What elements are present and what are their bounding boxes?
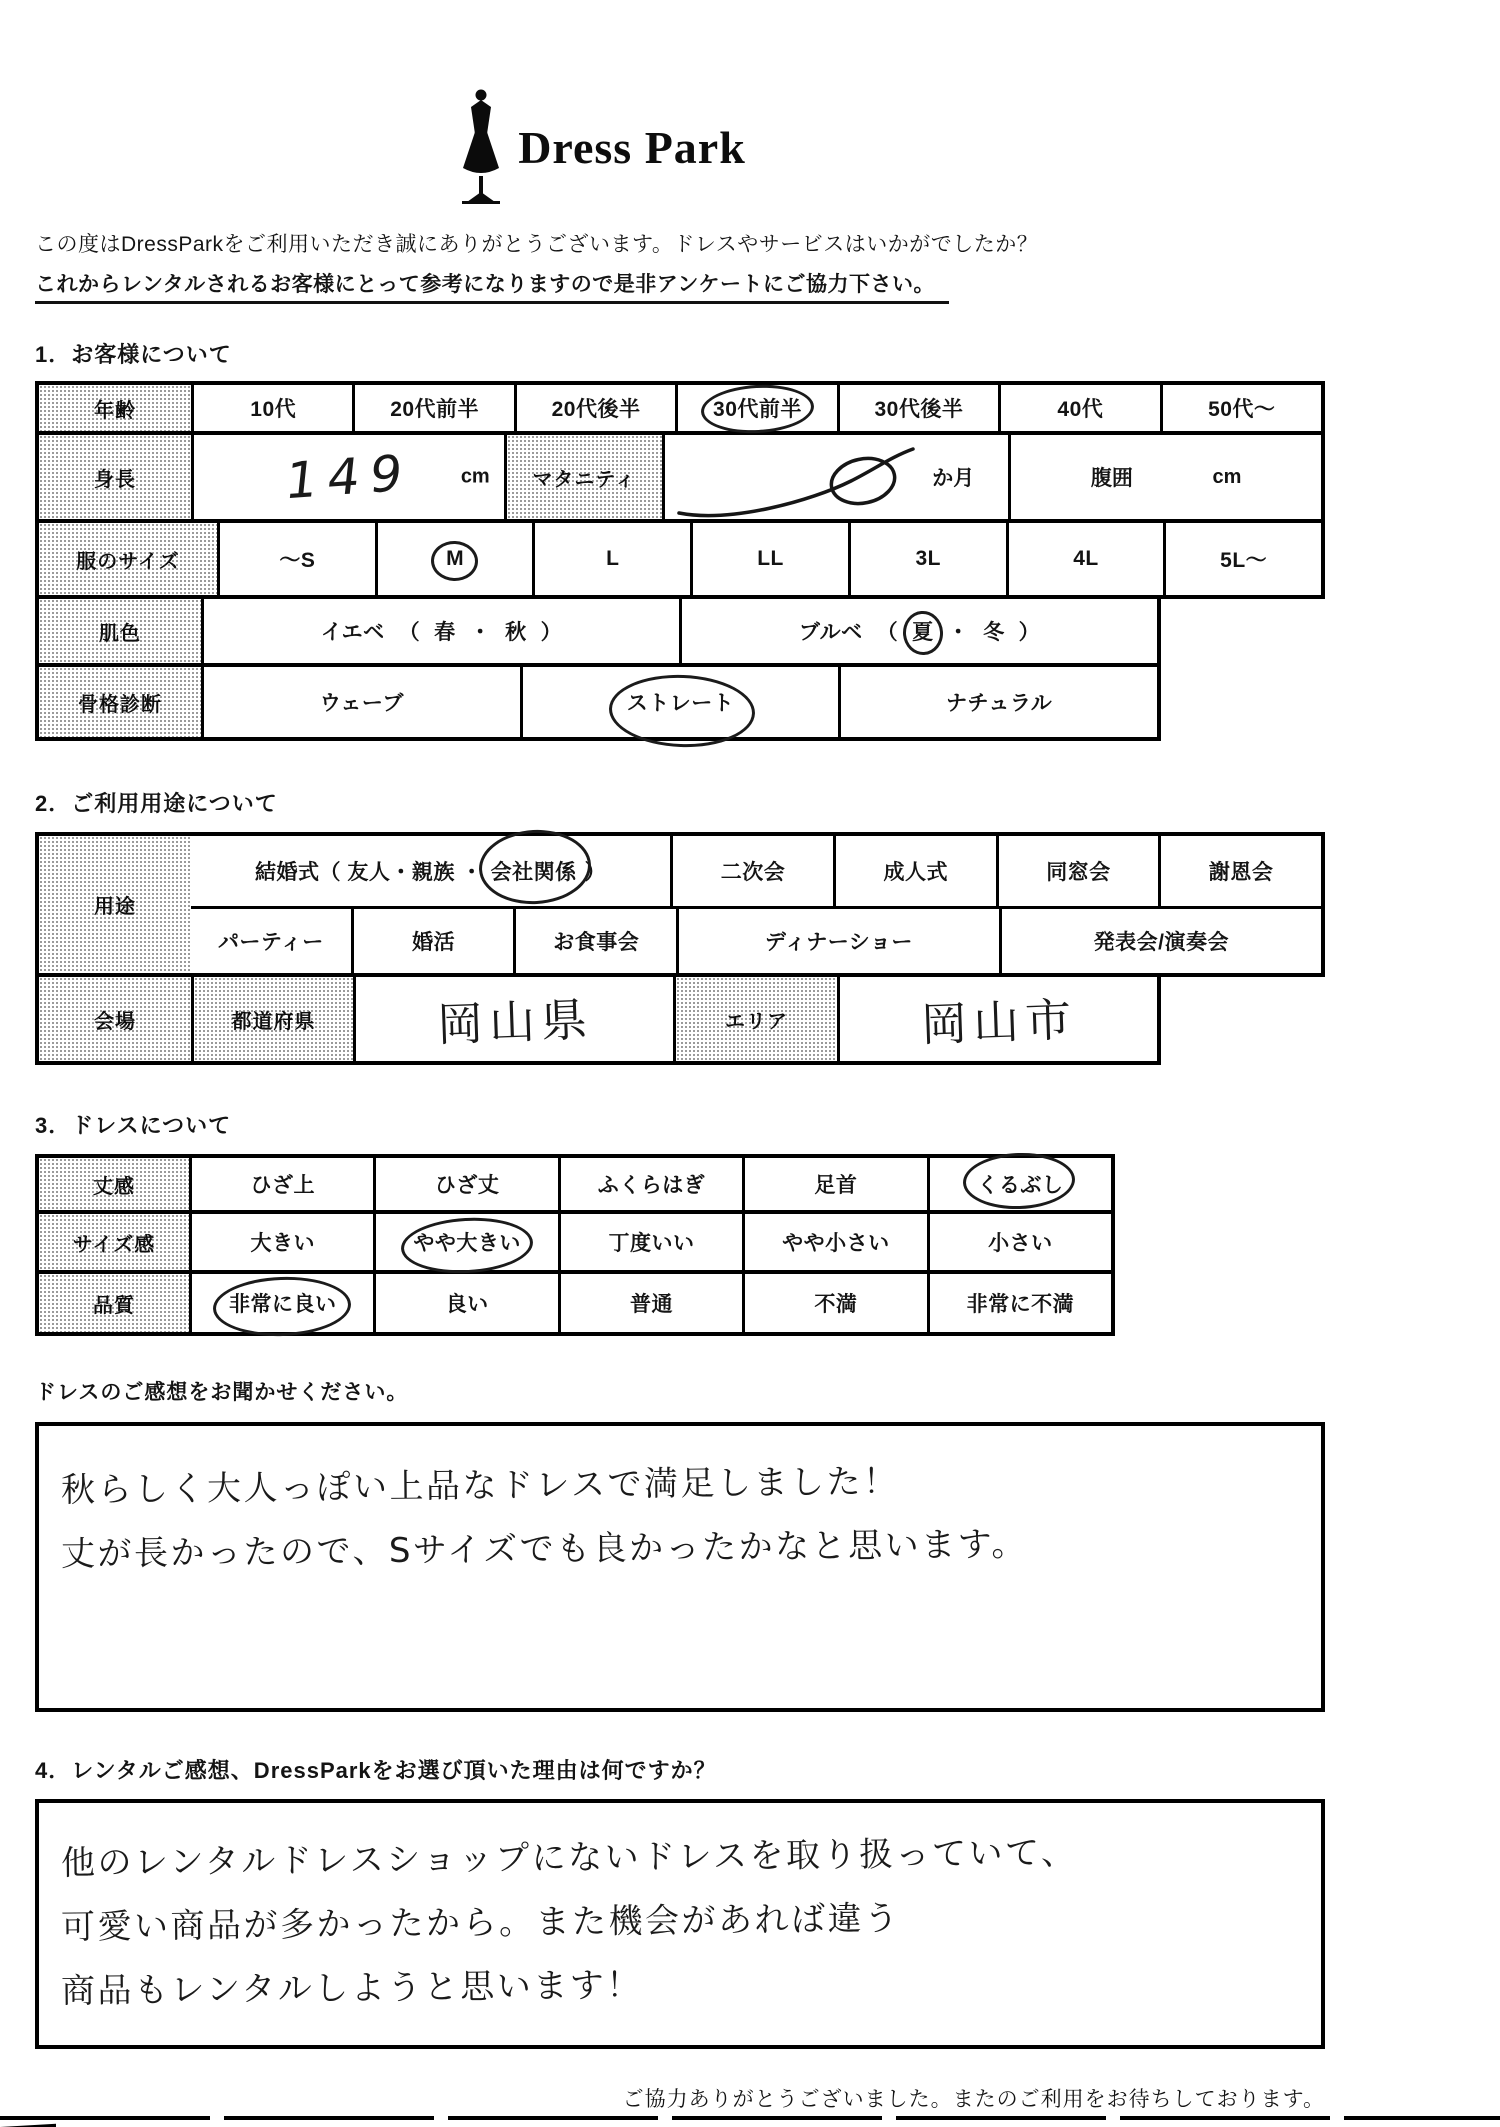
area-handwritten-value: 岡山市 — [837, 977, 1157, 1061]
section4-title: 4．レンタルご感想、DressParkをお選び頂いた理由は何ですか？ — [35, 1754, 1325, 1785]
option-usage-wedding-company-circled: 結婚式（ 友人・親族 ・会社関係） — [191, 836, 670, 906]
option-age-40s: 40代 — [998, 385, 1159, 431]
dress-feedback-prompt: ドレスのご感想をお聞かせください。 — [35, 1376, 1325, 1406]
option-length-ankle: 足首 — [742, 1158, 926, 1210]
dress-silhouette-icon — [454, 88, 508, 206]
option-size-ll: LL — [690, 523, 848, 595]
option-size-3l: 3L — [848, 523, 1006, 595]
fit-row: サイズ感 大きい やや大きい 丁度いい やや小さい 小さい — [35, 1210, 1115, 1274]
quality-label: 品質 — [39, 1274, 189, 1332]
scan-artifact-line — [0, 2116, 1500, 2120]
fit-label: サイズ感 — [39, 1214, 189, 1270]
maternity-label: マタニティ — [504, 435, 662, 519]
usage-rows: 用途 結婚式（ 友人・親族 ・会社関係） 二次会 成人式 同窓会 謝恩会 パーテ… — [35, 832, 1325, 977]
clothing-size-row: 服のサイズ ～S M L LL 3L 4L 5L～ — [35, 519, 1325, 599]
option-length-calf: ふくらはぎ — [558, 1158, 742, 1210]
option-usage-recital: 発表会/演奏会 — [999, 909, 1321, 973]
option-size-4l: 4L — [1006, 523, 1164, 595]
option-length-anklebone-circled: くるぶし — [927, 1158, 1111, 1210]
venue-label: 会場 — [39, 977, 191, 1061]
option-usage-konkatsu: 婚活 — [351, 909, 514, 973]
footer-thanks: ご協力ありがとうございました。またのご利用をお待ちしております。 — [35, 2083, 1325, 2113]
option-fit-slightly-big-circled: やや大きい — [373, 1214, 557, 1270]
option-quality-good: 良い — [373, 1274, 557, 1332]
option-quality-very-good-circled: 非常に良い — [189, 1274, 373, 1332]
age-label: 年齢 — [39, 385, 191, 431]
option-skeleton-natural: ナチュラル — [838, 667, 1157, 737]
option-usage-coming-of-age: 成人式 — [833, 836, 996, 906]
option-skeleton-wave: ウェーブ — [201, 667, 520, 737]
survey-form: Dress Park この度はDressParkをご利用いただき誠にありがとうご… — [35, 0, 1325, 2113]
dress-table: 丈感 ひざ上 ひざ丈 ふくらはぎ 足首 くるぶし サイズ感 大きい やや大きい … — [35, 1154, 1325, 1336]
waist-cell: 腹囲 cm — [1008, 435, 1321, 519]
intro-line-1: この度はDressParkをご利用いただき誠にありがとうございます。ドレスやサー… — [35, 228, 1325, 258]
option-usage-thanks-party: 謝恩会 — [1158, 836, 1321, 906]
intro-text: この度はDressParkをご利用いただき誠にありがとうございます。ドレスやサー… — [35, 228, 1325, 304]
usage-table: 用途 結婚式（ 友人・親族 ・会社関係） 二次会 成人式 同窓会 謝恩会 パーテ… — [35, 832, 1325, 1065]
height-value-cell: 149 cm — [191, 435, 504, 519]
option-fit-big: 大きい — [189, 1214, 373, 1270]
option-size-s: ～S — [217, 523, 375, 595]
option-age-early-20s: 20代前半 — [352, 385, 513, 431]
skeleton-label: 骨格診断 — [39, 667, 201, 737]
skin-tone-row: 肌色 イエベ（春・秋） ブルベ（夏・冬） — [35, 595, 1161, 667]
height-unit: cm — [461, 466, 490, 489]
height-handwritten-value: 149 — [282, 444, 415, 511]
option-quality-normal: 普通 — [558, 1274, 742, 1332]
logo: Dress Park — [35, 0, 1325, 206]
clothing-size-label: 服のサイズ — [39, 523, 217, 595]
dress-feedback-line-2: 丈が長かったので、Sサイズでも良かったかなと思います。 — [61, 1510, 1300, 1587]
waist-label: 腹囲 — [1091, 462, 1133, 492]
height-row: 身長 149 cm マタニティ か月 腹囲 c — [35, 431, 1325, 523]
option-age-50s: 50代～ — [1160, 385, 1321, 431]
option-skeleton-straight-circled: ストレート — [520, 667, 839, 737]
section2-title: 2．ご利用用途について — [35, 787, 1325, 818]
section3-title: 3．ドレスについて — [35, 1109, 1325, 1140]
height-label: 身長 — [39, 435, 191, 519]
section1-title: 1．お客様について — [35, 338, 1325, 369]
rental-feedback-line-3: 商品もレンタルしようと思います！ — [61, 1947, 1300, 2024]
option-usage-afterparty: 二次会 — [670, 836, 833, 906]
quality-row: 品質 非常に良い 良い 普通 不満 非常に不満 — [35, 1270, 1115, 1336]
option-quality-very-dissatisfied: 非常に不満 — [927, 1274, 1111, 1332]
option-skin-yellow-base: イエベ（春・秋） — [201, 599, 679, 663]
waist-unit: cm — [1212, 466, 1241, 489]
option-size-5l: 5L～ — [1163, 523, 1321, 595]
rental-feedback-box: 他のレンタルドレスショップにないドレスを取り扱っていて、 可愛い商品が多かったか… — [35, 1799, 1325, 2049]
area-label: エリア — [673, 977, 837, 1061]
option-age-late-30s: 30代後半 — [837, 385, 998, 431]
option-usage-dinner-show: ディナーショー — [676, 909, 998, 973]
option-usage-dinner-gathering: お食事会 — [513, 909, 676, 973]
skeleton-row: 骨格診断 ウェーブ ストレート ナチュラル — [35, 663, 1161, 741]
option-size-l: L — [532, 523, 690, 595]
option-fit-slightly-small: やや小さい — [742, 1214, 926, 1270]
option-age-10s: 10代 — [191, 385, 352, 431]
option-usage-party: パーティー — [191, 909, 351, 973]
usage-label: 用途 — [39, 836, 191, 973]
length-row: 丈感 ひざ上 ひざ丈 ふくらはぎ 足首 くるぶし — [35, 1154, 1115, 1214]
prefecture-label: 都道府県 — [191, 977, 353, 1061]
venue-row: 会場 都道府県 岡山県 エリア 岡山市 — [35, 973, 1161, 1065]
maternity-months-cell: か月 — [662, 435, 1009, 519]
option-skin-blue-base-summer-circled: ブルベ（夏・冬） — [679, 599, 1157, 663]
customer-table: 年齢 10代 20代前半 20代後半 30代前半 30代後半 40代 50代～ … — [35, 381, 1325, 741]
option-age-early-30s-circled: 30代前半 — [675, 385, 836, 431]
option-length-above-knee: ひざ上 — [189, 1158, 373, 1210]
handwriting-scribble-icon — [673, 441, 973, 528]
option-usage-reunion: 同窓会 — [996, 836, 1159, 906]
age-row: 年齢 10代 20代前半 20代後半 30代前半 30代後半 40代 50代～ — [35, 381, 1325, 435]
length-label: 丈感 — [39, 1158, 189, 1210]
option-fit-small: 小さい — [927, 1214, 1111, 1270]
intro-line-2: これからレンタルされるお客様にとって参考になりますので是非アンケートにご協力下さ… — [35, 268, 949, 304]
skin-tone-label: 肌色 — [39, 599, 201, 663]
option-length-knee: ひざ丈 — [373, 1158, 557, 1210]
option-quality-dissatisfied: 不満 — [742, 1274, 926, 1332]
option-fit-just-right: 丁度いい — [558, 1214, 742, 1270]
option-size-m-circled: M — [375, 523, 533, 595]
brand-name: Dress Park — [518, 121, 746, 174]
option-age-late-20s: 20代後半 — [514, 385, 675, 431]
dress-feedback-box: 秋らしく大人っぽい上品なドレスで満足しました！ 丈が長かったので、Sサイズでも良… — [35, 1422, 1325, 1712]
prefecture-handwritten-value: 岡山県 — [353, 977, 673, 1061]
